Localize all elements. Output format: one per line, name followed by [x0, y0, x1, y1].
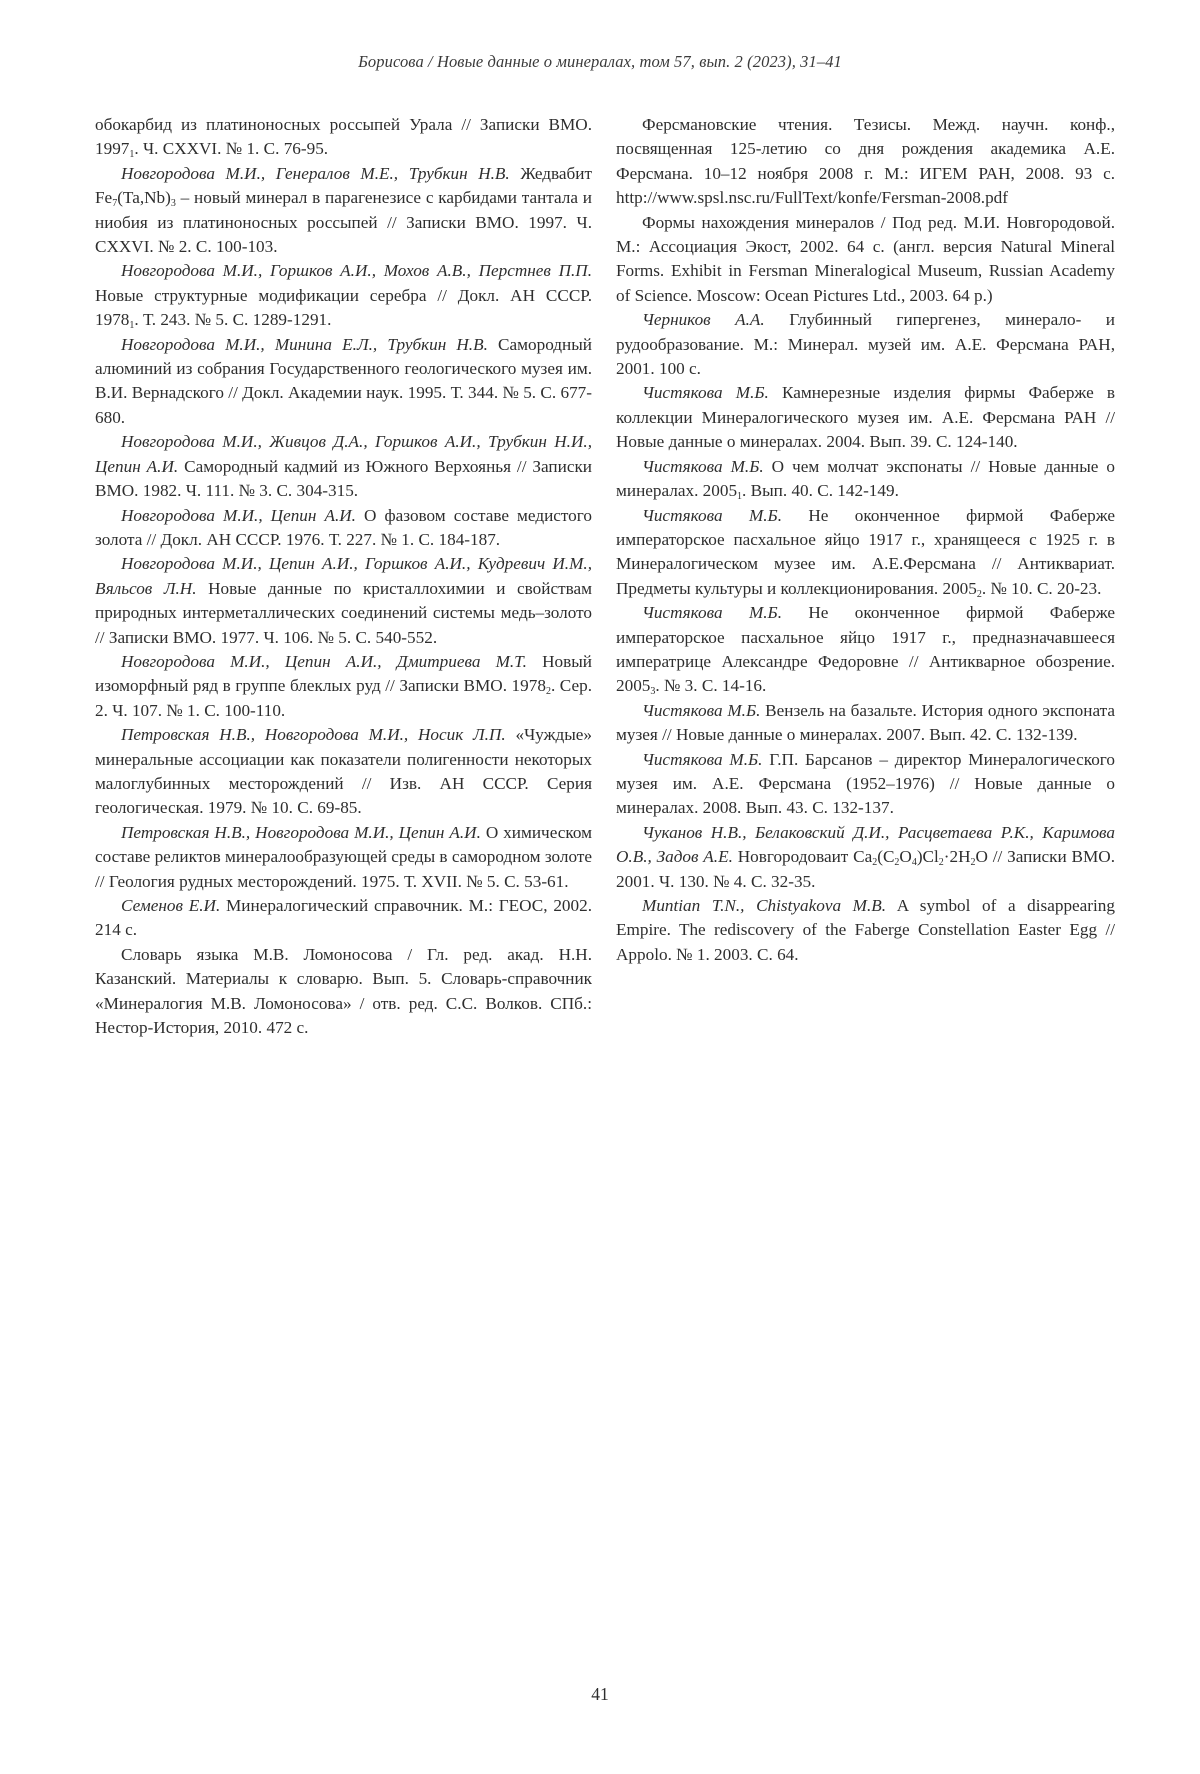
reference-item: Петровская Н.В., Новгородова М.И., Цепин…	[95, 821, 592, 894]
reference-text: Ферсмановские чтения. Тезисы. Межд. науч…	[616, 115, 1115, 207]
reference-item: Чистякова М.Б. О чем молчат экспонаты //…	[616, 455, 1115, 504]
reference-text: . Т. 243. № 5. С. 1289-1291.	[134, 310, 331, 329]
reference-item: Muntian T.N., Chistyakova M.B. A symbol …	[616, 894, 1115, 967]
reference-authors: Новгородова М.И., Минина Е.Л., Трубкин Н…	[121, 335, 488, 354]
reference-item: Новгородова М.И., Цепин А.И. О фазовом с…	[95, 504, 592, 553]
reference-text: (Ta,Nb)	[117, 188, 171, 207]
reference-item: Новгородова М.И., Цепин А.И., Горшков А.…	[95, 552, 592, 650]
reference-item: Чистякова М.Б. Г.П. Барсанов – директор …	[616, 748, 1115, 821]
reference-text: O	[899, 847, 911, 866]
reference-text: Формы нахождения минералов / Под ред. М.…	[616, 213, 1115, 305]
reference-item: Формы нахождения минералов / Под ред. М.…	[616, 211, 1115, 309]
reference-authors: Черников А.А.	[642, 310, 765, 329]
references-right-column: Ферсмановские чтения. Тезисы. Межд. науч…	[616, 113, 1115, 967]
reference-authors: Чистякова М.Б.	[642, 701, 760, 720]
reference-item: Чистякова М.Б. Не оконченное фирмой Фабе…	[616, 601, 1115, 699]
reference-authors: Чистякова М.Б.	[642, 750, 762, 769]
reference-authors: Петровская Н.В., Новгородова М.И., Носик…	[121, 725, 506, 744]
reference-text: . Ч. CXXVI. № 1. С. 76-95.	[134, 139, 328, 158]
reference-item: Чуканов Н.В., Белаковский Д.И., Расцвета…	[616, 821, 1115, 894]
reference-authors: Чистякова М.Б.	[642, 383, 769, 402]
reference-item: Новгородова М.И., Живцов Д.А., Горшков А…	[95, 430, 592, 503]
reference-authors: Чистякова М.Б.	[642, 603, 782, 622]
reference-item: Чистякова М.Б. Камнерезные изделия фирмы…	[616, 381, 1115, 454]
running-header: Борисова / Новые данные о минералах, том…	[0, 52, 1200, 72]
reference-item: обокарбид из платиноносных россыпей Урал…	[95, 113, 592, 162]
references-left-column: обокарбид из платиноносных россыпей Урал…	[95, 113, 592, 1040]
reference-authors: Muntian T.N., Chistyakova M.B.	[642, 896, 886, 915]
reference-authors: Петровская Н.В., Новгородова М.И., Цепин…	[121, 823, 481, 842]
page-number: 41	[0, 1684, 1200, 1705]
reference-text: . № 10. С. 20-23.	[982, 579, 1102, 598]
reference-item: Черников А.А. Глубинный гипергенез, мине…	[616, 308, 1115, 381]
reference-text: . № 3. С. 14-16.	[655, 676, 766, 695]
reference-authors: Чистякова М.Б.	[642, 457, 764, 476]
reference-authors: Новгородова М.И., Цепин А.И.	[121, 506, 356, 525]
reference-item: Словарь языка М.В. Ломоносова / Гл. ред.…	[95, 943, 592, 1041]
reference-text: )Cl	[917, 847, 939, 866]
reference-item: Чистякова М.Б. Вензель на базальте. Исто…	[616, 699, 1115, 748]
reference-item: Чистякова М.Б. Не оконченное фирмой Фабе…	[616, 504, 1115, 602]
reference-text: Словарь языка М.В. Ломоносова / Гл. ред.…	[95, 945, 592, 1037]
journal-page: Борисова / Новые данные о минералах, том…	[0, 0, 1200, 1774]
reference-text: Новгородоваит Ca	[733, 847, 872, 866]
reference-authors: Чистякова М.Б.	[642, 506, 782, 525]
reference-item: Новгородова М.И., Минина Е.Л., Трубкин Н…	[95, 333, 592, 431]
reference-text: ·2H	[944, 847, 971, 866]
reference-item: Петровская Н.В., Новгородова М.И., Носик…	[95, 723, 592, 821]
reference-item: Ферсмановские чтения. Тезисы. Межд. науч…	[616, 113, 1115, 211]
reference-item: Семенов Е.И. Минералогический справочник…	[95, 894, 592, 943]
reference-item: Новгородова М.И., Цепин А.И., Дмитриева …	[95, 650, 592, 723]
reference-text: . Вып. 40. С. 142-149.	[742, 481, 899, 500]
reference-authors: Новгородова М.И., Горшков А.И., Мохов А.…	[121, 261, 592, 280]
reference-text: (C	[877, 847, 894, 866]
reference-authors: Новгородова М.И., Цепин А.И., Дмитриева …	[121, 652, 527, 671]
reference-authors: Семенов Е.И.	[121, 896, 220, 915]
reference-item: Новгородова М.И., Генералов М.Е., Трубки…	[95, 162, 592, 260]
reference-authors: Новгородова М.И., Генералов М.Е., Трубки…	[121, 164, 510, 183]
reference-item: Новгородова М.И., Горшков А.И., Мохов А.…	[95, 259, 592, 332]
